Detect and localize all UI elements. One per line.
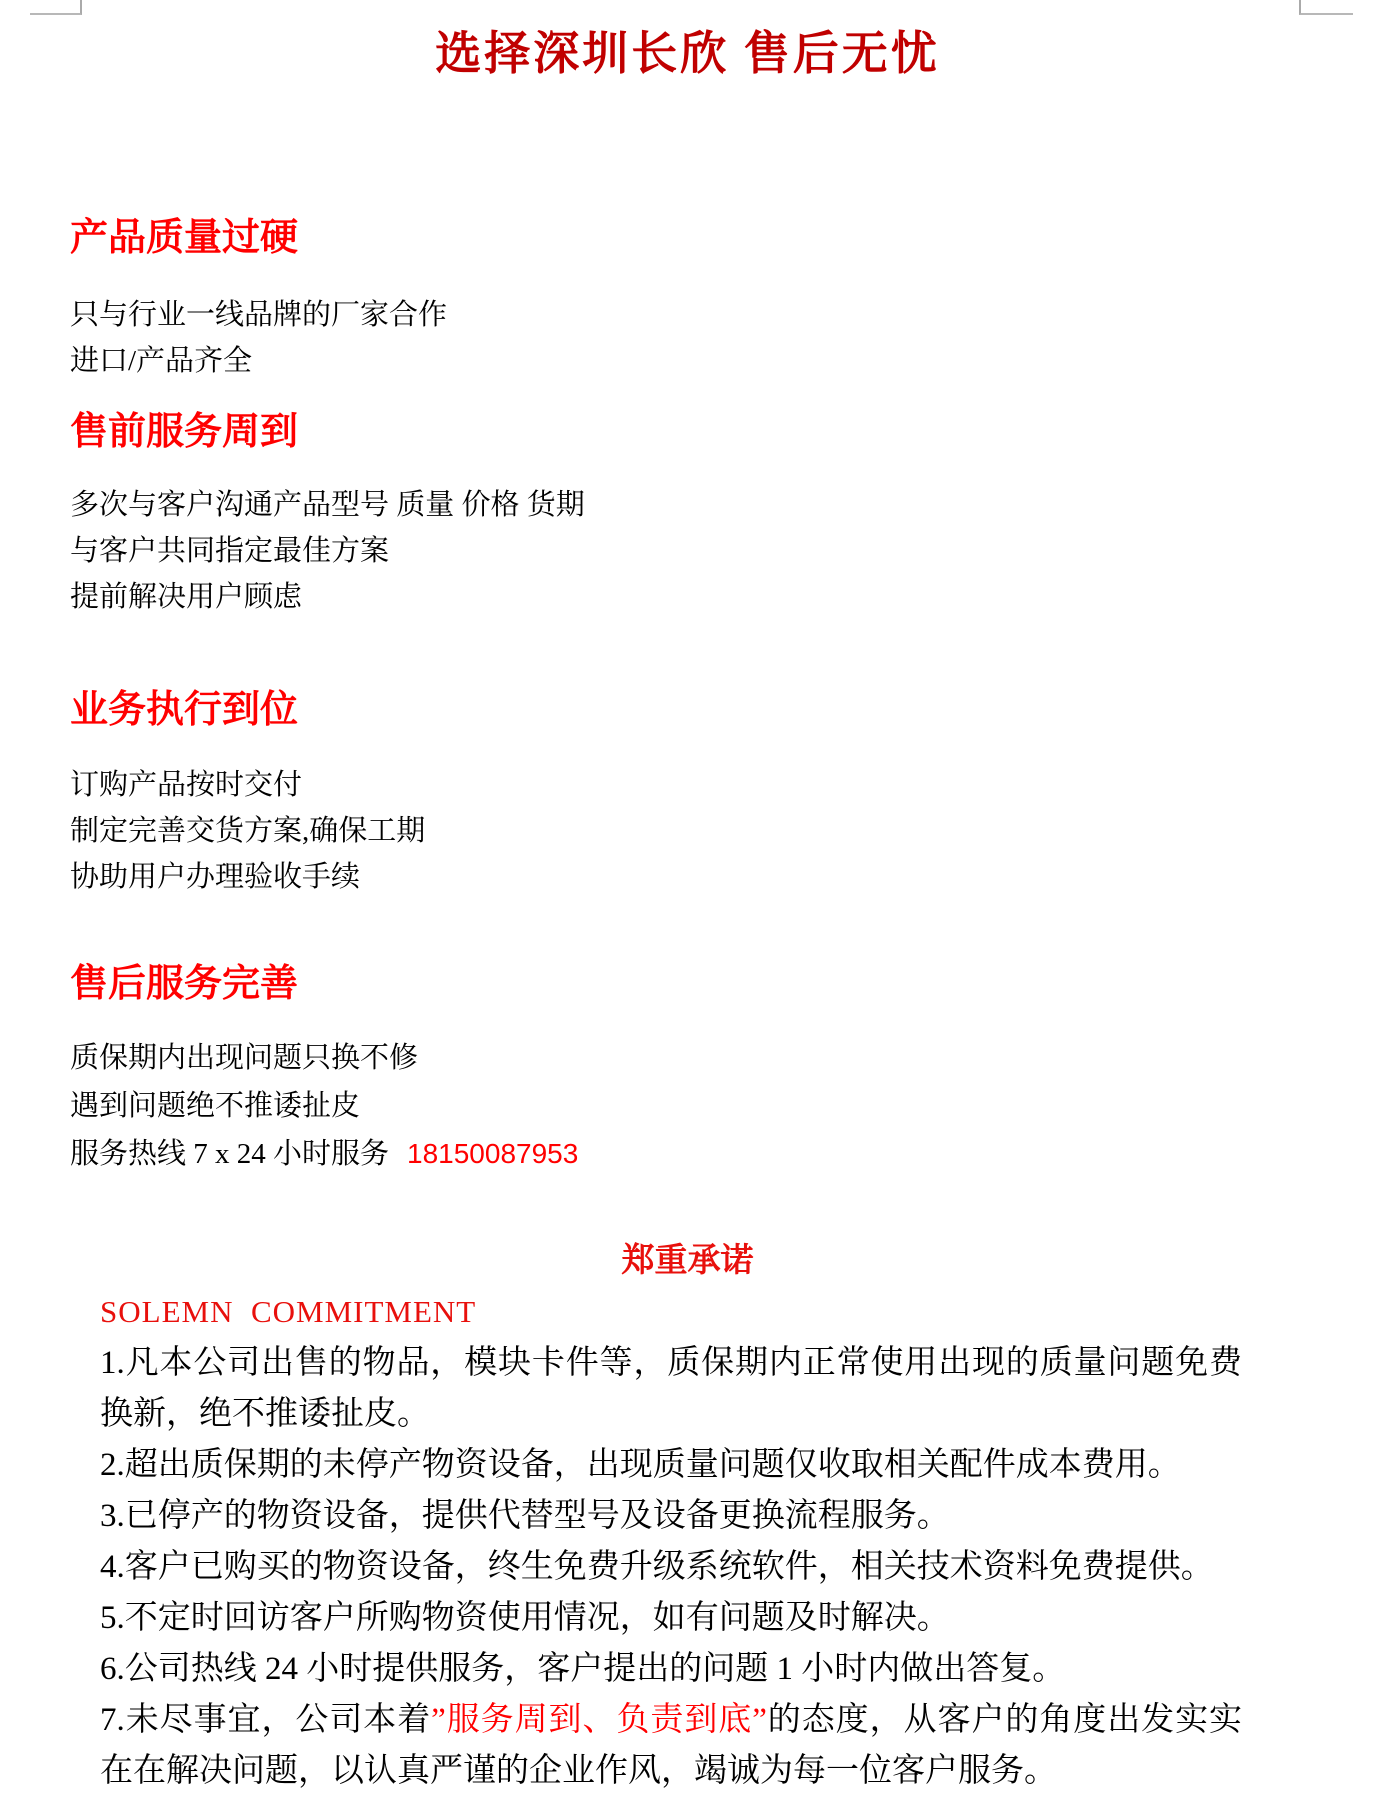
hotline-phone-number: 18150087953	[407, 1138, 578, 1169]
section-aftersale-service: 售后服务完善 质保期内出现问题只换不修 遇到问题绝不推诿扯皮 服务热线 7 x …	[70, 960, 1255, 1178]
section-heading-presale-service: 售前服务周到	[70, 408, 1255, 456]
section-body: 订购产品按时交付 制定完善交货方案,确保工期 协助用户办理验收手续	[70, 762, 1255, 900]
body-line: 协助用户办理验收手续	[70, 854, 1255, 900]
commitment-item: 2.超出质保期的未停产物资设备，出现质量问题仅收取相关配件成本费用。	[100, 1440, 1242, 1491]
section-heading-business-execution: 业务执行到位	[70, 686, 1255, 734]
commitment-section: 郑重承诺 SOLEMN COMMITMENT 1.凡本公司出售的物品，模块卡件等…	[0, 1240, 1375, 1797]
document-page: 选择深圳长欣 售后无忧 产品质量过硬 只与行业一线品牌的厂家合作 进口/产品齐全…	[0, 0, 1375, 1798]
section-heading-aftersale-service: 售后服务完善	[70, 960, 1255, 1008]
body-line: 制定完善交货方案,确保工期	[70, 808, 1255, 854]
commitment-item: 3.已停产的物资设备，提供代替型号及设备更换流程服务。	[100, 1491, 1242, 1542]
hotline-text: 服务热线 7 x 24 小时服务	[70, 1138, 389, 1170]
body-line: 提前解决用户顾虑	[70, 574, 1255, 620]
commitment-list: 1.凡本公司出售的物品，模块卡件等，质保期内正常使用出现的质量问题免费换新，绝不…	[100, 1338, 1242, 1797]
commitment-item: 4.客户已购买的物资设备，终生免费升级系统软件，相关技术资料免费提供。	[100, 1542, 1242, 1593]
body-line: 多次与客户沟通产品型号 质量 价格 货期	[70, 482, 1255, 528]
commitment-title-chinese: 郑重承诺	[0, 1240, 1375, 1282]
commitment-item: 5.不定时回访客户所购物资使用情况，如有问题及时解决。	[100, 1593, 1242, 1644]
page-title: 选择深圳长欣 售后无忧	[0, 28, 1375, 80]
section-business-execution: 业务执行到位 订购产品按时交付 制定完善交货方案,确保工期 协助用户办理验收手续	[70, 686, 1255, 900]
section-body: 只与行业一线品牌的厂家合作 进口/产品齐全	[70, 292, 1255, 384]
body-line: 订购产品按时交付	[70, 762, 1255, 808]
body-line: 遇到问题绝不推诿扯皮	[70, 1082, 1255, 1130]
commitment-item: 1.凡本公司出售的物品，模块卡件等，质保期内正常使用出现的质量问题免费换新，绝不…	[100, 1338, 1242, 1440]
commitment-item: 6.公司热线 24 小时提供服务，客户提出的问题 1 小时内做出答复。	[100, 1644, 1242, 1695]
section-heading-product-quality: 产品质量过硬	[70, 214, 1255, 262]
body-line: 与客户共同指定最佳方案	[70, 528, 1255, 574]
section-presale-service: 售前服务周到 多次与客户沟通产品型号 质量 价格 货期 与客户共同指定最佳方案 …	[70, 408, 1255, 620]
section-body: 质保期内出现问题只换不修 遇到问题绝不推诿扯皮 服务热线 7 x 24 小时服务…	[70, 1034, 1255, 1178]
hotline-line: 服务热线 7 x 24 小时服务18150087953	[70, 1130, 1255, 1178]
commitment-title-english: SOLEMN COMMITMENT	[100, 1292, 1375, 1332]
body-line: 进口/产品齐全	[70, 338, 1255, 384]
item7-text-pre: 7.未尽事宜，公司本着	[100, 1702, 431, 1738]
body-line: 只与行业一线品牌的厂家合作	[70, 292, 1255, 338]
commitment-item-7: 7.未尽事宜，公司本着”服务周到、负责到底”的态度，从客户的角度出发实实在在解决…	[100, 1695, 1242, 1797]
item7-text-highlight: ”服务周到、负责到底”	[431, 1702, 767, 1738]
section-product-quality: 产品质量过硬 只与行业一线品牌的厂家合作 进口/产品齐全	[70, 214, 1255, 384]
table-corner-mark-right	[1299, 0, 1353, 15]
table-corner-mark-left	[30, 0, 82, 15]
section-body: 多次与客户沟通产品型号 质量 价格 货期 与客户共同指定最佳方案 提前解决用户顾…	[70, 482, 1255, 620]
body-line: 质保期内出现问题只换不修	[70, 1034, 1255, 1082]
